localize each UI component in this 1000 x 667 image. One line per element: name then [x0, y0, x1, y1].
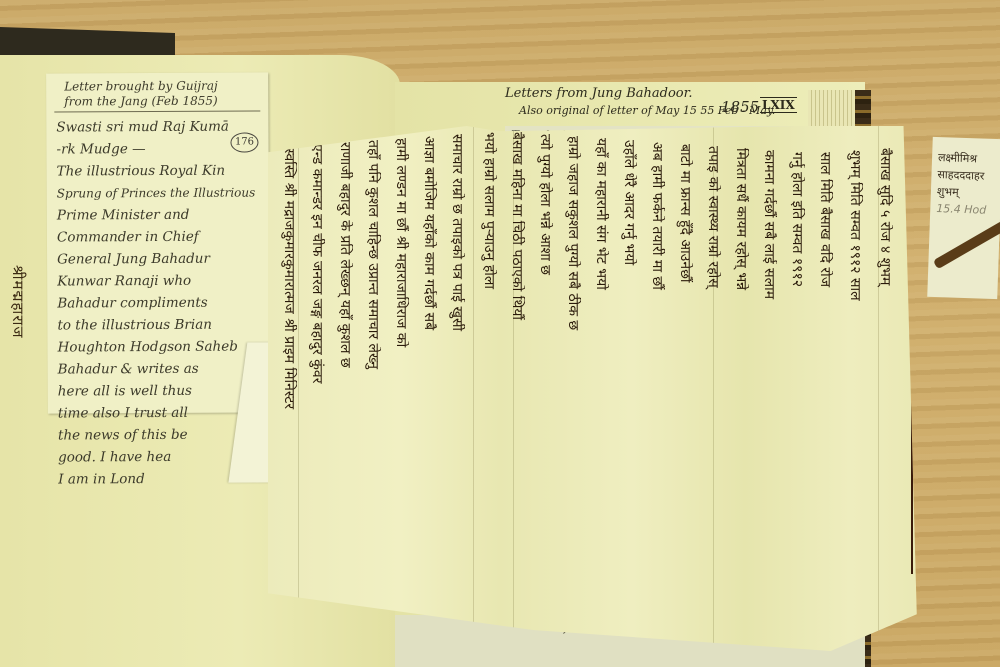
fold-line — [473, 126, 474, 651]
letter-column: बैसाख सुदि ५ रोज ४ शुभम् — [876, 148, 893, 568]
letter-column: तपाइ को स्वास्थ्य राम्रो रहोस् — [704, 146, 721, 566]
letter-column: भयो हाम्रो सलाम पुर्‍याउनु होला — [480, 132, 497, 556]
translation-note: Letter brought by Guijraj from the Jang … — [46, 72, 270, 413]
letter-column: हामी लण्डन मा छौं श्री महाराजाधिराज को — [392, 138, 409, 552]
side-document-text: लक्ष्मीमिश्र साहदददाहर शुभम् 15.4 Hod — [936, 149, 988, 219]
letter-column: त्यो पुग्यो होला भन्ने आशा छ — [536, 134, 553, 562]
fold-line — [298, 126, 299, 651]
letter-column: यहाँ का महारानी संग भेट भयो — [592, 138, 609, 570]
header-year: 1855 — [721, 98, 759, 116]
left-page-vertical-label: श्रीमद्महाराज — [8, 265, 28, 338]
nepali-letter: स्वस्ति श्री मद्राजकुमारकुमारात्मज श्री … — [268, 126, 930, 651]
side-document: लक्ष्मीमिश्र साहदददाहर शुभम् 15.4 Hod — [927, 137, 1000, 299]
letter-column: शुभम् मिति सम्वत १९१२ साल — [846, 150, 863, 560]
letter-column: मित्रता सधैं कायम रहोस् भन्ने — [732, 148, 749, 548]
letter-column: अब हामी फर्कने तयारी मा छौं — [648, 142, 665, 570]
letter-column: साल मिति बैसाख वदि रोज — [816, 152, 833, 552]
letter-column: एन्ड कमान्डर इन चीफ जनरल जङ्ग बहादुर कुं… — [308, 144, 325, 548]
letter-column: समाचार राम्रो छ तपाइको पत्र पाई खुसी — [448, 134, 465, 554]
letter-column: बैसाख महिना मा चिठी पठाएको थियौं — [508, 132, 525, 558]
letter-column: उहाँले धेरै आदर गर्नु भयो — [620, 140, 637, 570]
letter-column: राणाजी बहादुर के प्रति लेख्छन् यहाँ कुशल… — [336, 142, 353, 552]
folio-number: 176 — [230, 132, 258, 152]
letter-column: कामना गर्दछौं सबै लाई सलाम — [760, 150, 777, 540]
volume-number: LXIX — [760, 97, 797, 113]
letter-column: गर्नु होला इति सम्वत १९१२ — [788, 152, 805, 542]
letter-column: आज्ञा बमोजिम यहाँको काम गर्दछौं सबै — [420, 136, 437, 554]
letter-column: स्वस्ति श्री मद्राजकुमारकुमारात्मज श्री … — [280, 148, 297, 548]
letter-column: हाम्रो जहाज सकुशल पुग्यो सबै ठीक छ — [564, 136, 581, 566]
letter-column: तहाँ पनि कुशल चाहिन्छ उप्रान्त समाचार ले… — [364, 140, 381, 552]
note-heading: Letter brought by Guijraj from the Jang … — [54, 78, 260, 112]
letter-column: बाटो मा फ्रान्स हुँदै आउनेछौं — [676, 144, 693, 568]
